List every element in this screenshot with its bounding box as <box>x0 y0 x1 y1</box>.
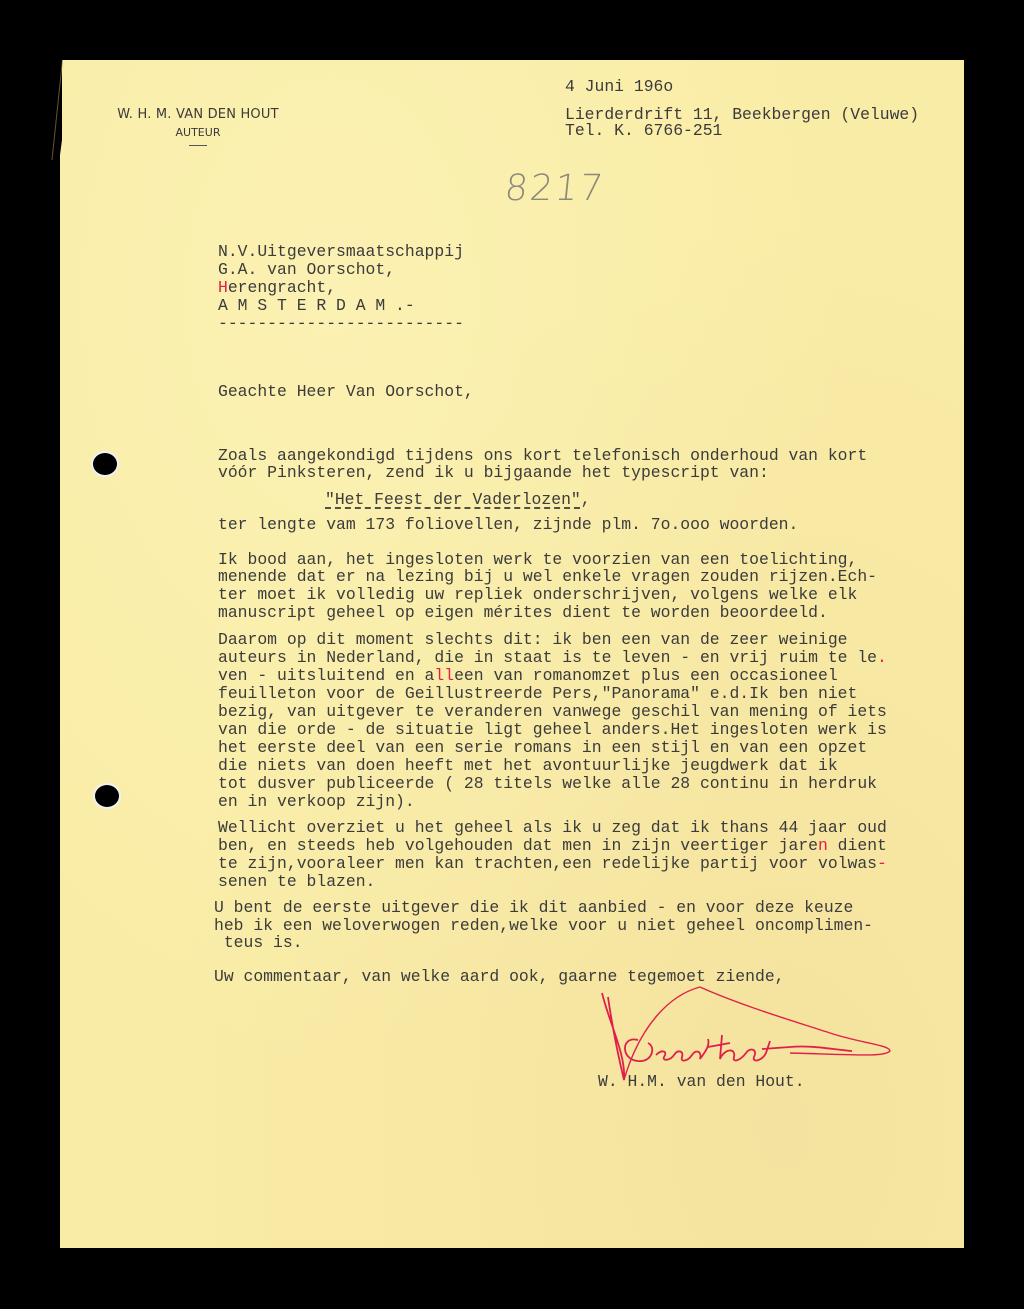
p3-line-1: Daarom op dit moment slechts dit: ik ben… <box>218 631 848 649</box>
p2-line-2: menende dat er na lezing bij u wel enkel… <box>218 568 877 586</box>
p5-line-2: heb ik een weloverwogen reden,welke voor… <box>214 917 873 935</box>
p4-line-3: te zijn,vooraleer men kan trachten,een r… <box>218 855 887 873</box>
p4-line-4: senen te blazen. <box>218 873 375 891</box>
p3-line-9: tot dusver publiceerde ( 28 titels welke… <box>218 775 877 793</box>
letterhead-role: AUTEUR <box>108 126 288 139</box>
p4-line-2: ben, en steeds heb volgehouden dat men i… <box>218 837 887 855</box>
punch-hole-top <box>93 453 117 475</box>
letterhead-name: W. H. M. VAN DEN HOUT <box>108 107 288 122</box>
letter-date: 4 Juni 196o <box>565 78 673 96</box>
p3-line-3: ven - uitsluitend en alleen van romanomz… <box>218 667 838 685</box>
p1-line-2: vóór Pinksteren, zend ik u bijgaande het… <box>218 464 769 482</box>
recipient-city: A M S T E R D A M .- <box>218 297 415 315</box>
red-correction: - <box>877 854 887 873</box>
p3-line-5: bezig, van uitgever te veranderen vanweg… <box>218 703 887 721</box>
closing-line: Uw commentaar, van welke aard ook, gaarn… <box>214 968 785 986</box>
p3-line-6: van die orde - de situatie ligt geheel a… <box>218 721 887 739</box>
red-correction: n <box>818 836 828 855</box>
letterhead: W. H. M. VAN DEN HOUT AUTEUR <box>108 107 288 146</box>
p1-line-3: ter lengte vam 173 foliovellen, zijnde p… <box>218 516 798 534</box>
recipient-line-2: G.A. van Oorschot, <box>218 261 395 279</box>
p3-line-7: het eerste deel van een serie romans in … <box>218 739 867 757</box>
p4-line-1: Wellicht overziet u het geheel als ik u … <box>218 819 887 837</box>
p3-line-8: die niets van doen heeft met het avontuu… <box>218 757 838 775</box>
recipient-rule: ------------------------- <box>218 315 464 333</box>
p2-line-4: manuscript geheel op eigen mérites dient… <box>218 604 828 622</box>
p3-line-4: feuilleton voor de Geillustreerde Pers,"… <box>218 685 857 703</box>
red-correction: H <box>218 278 228 297</box>
salutation: Geachte Heer Van Oorschot, <box>218 383 474 401</box>
p1-line-1: Zoals aangekondigd tijdens ons kort tele… <box>218 447 867 465</box>
p2-line-3: ter moet ik volledig uw repliek ondersch… <box>218 586 857 604</box>
sender-phone: Tel. K. 6766-251 <box>565 122 722 140</box>
letterhead-rule <box>189 145 207 146</box>
punch-hole-bottom <box>95 785 119 807</box>
manuscript-title: "Het Feest der Vaderlozen", <box>325 491 591 509</box>
red-correction: . <box>877 648 887 667</box>
p5-line-3: teus is. <box>214 934 303 952</box>
p2-line-1: Ik bood aan, het ingesloten werk te voor… <box>218 551 857 569</box>
recipient-line-1: N.V.Uitgeversmaatschappij <box>218 243 464 261</box>
recipient-line-3: Herengracht, <box>218 279 336 297</box>
typed-signature-name: W. H.M. van den Hout. <box>598 1073 805 1091</box>
p5-line-1: U bent de eerste uitgever die ik dit aan… <box>214 899 853 917</box>
archive-number: 8217 <box>503 168 607 209</box>
p3-line-10: en in verkoop zijn). <box>218 793 415 811</box>
handwritten-signature-icon <box>590 985 900 1085</box>
red-correction: ll <box>434 666 454 685</box>
p3-line-2: auteurs in Nederland, die in staat is te… <box>218 649 887 667</box>
